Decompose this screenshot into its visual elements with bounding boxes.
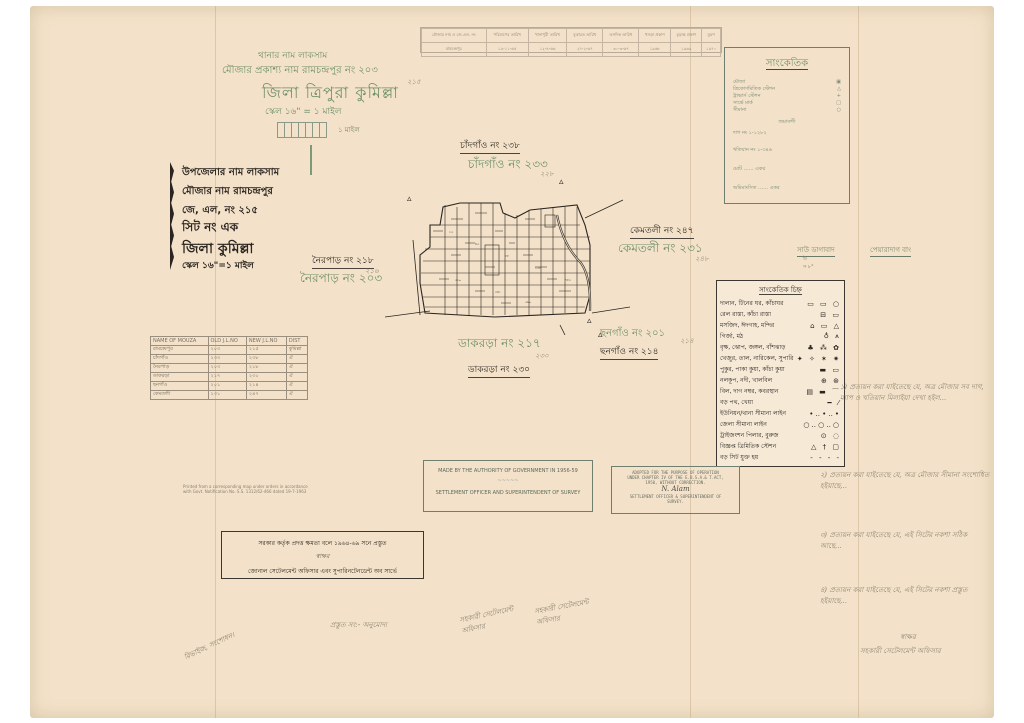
index-symbol-icon: □ [836, 100, 841, 107]
upazila-name: উপজেলার নাম লাকসাম [182, 165, 279, 182]
cadastral-map: ১২৪৫৮৮১২৩ ২১০৩৪১৫৬০৭৮২ [385, 185, 630, 335]
legend-row: বড় সিট যুক্ত হয়- - - - [720, 452, 841, 463]
adopted-box: ADOPTED FOR THE PURPOSE OF OPERATION UND… [611, 466, 740, 514]
pillar-symbol-icon: ⊙ ◌ [821, 432, 841, 440]
thana-name: থানার নাম লাকসাম [258, 48, 327, 63]
svg-text:৮৮: ৮৮ [505, 254, 509, 258]
table-cell: ২৭-২-৬৭ [567, 43, 603, 57]
district-title: জিলা ত্রিপুরা কুমিল্লা [262, 80, 399, 107]
preparation-box: সরকার কর্তৃক প্রদত্ত ক্ষমতা বলে ১৯৬৪-৬৯ … [221, 531, 424, 579]
legend-row: খেজুর, তাল, নারিকেল, সুপারি✦ ✧ ✶ ✷ [720, 353, 841, 364]
neighbor-north-old: চাঁদগাঁও নং ২৩৩ [468, 156, 548, 176]
neighbor-southeast-label: ছনগাঁও নং ২১৪ [600, 344, 658, 360]
sheet-number: সিট নং এক [182, 219, 238, 239]
legend-box: সাংকেতিক চিহ্ন দালান, টিনের ঘর, কাঁচাঘর▭… [716, 280, 845, 467]
table-header: NEW J.L.NO [246, 337, 286, 346]
table-cell: ১৯-১১-৬৫ [486, 43, 528, 57]
mouza-pencil-number: ২১৫ [407, 76, 421, 88]
index-row: দাগ নং ১-১২৮২ [733, 130, 841, 137]
handwritten-note: ১) প্রত্যয়ন করা যাইতেছে যে, অত্র মৌজার … [840, 382, 990, 404]
union-boundary-icon: •‥•‥• [809, 410, 841, 418]
info-scale: স্কেল ১৬"=১ মাইল [182, 258, 254, 273]
svg-text:১২: ১২ [449, 230, 453, 234]
index-row: অমিমাংসিত …… একর [733, 185, 841, 192]
pond-symbol-icon: ▬ ▭ [820, 366, 841, 374]
table-header: মুদ্রণ [702, 29, 721, 43]
table-row: ডাকরড়া২১৭২৩০ঐ [151, 373, 308, 382]
table-header: খানাপুরী তারিখ [528, 29, 567, 43]
table-cell: ১৯৬৮ [639, 43, 671, 57]
neighbor-south-pencil: ২৩০ [535, 350, 549, 362]
printing-note: Printed from a corresponding map under o… [183, 484, 313, 494]
district-boundary-icon: ○‥○‥○ [803, 421, 841, 429]
path-symbol-icon: ━ ⁄ [827, 399, 841, 407]
preparation-line: সরকার কর্তৃক প্রদত্ত ক্ষমতা বলে ১৯৬৪-৬৯ … [222, 538, 423, 549]
jl-number: জে, এল, নং ২১৫ [182, 203, 258, 220]
index-subheading: জমাবন্দী [733, 119, 841, 126]
trig-station-icon: ▵ [559, 177, 564, 187]
well-symbol-icon: ⊕ ⊛ [821, 377, 841, 385]
table-header: চূড়ান্ত প্রকাশ [671, 29, 702, 43]
index-symbol-icon: ○ [837, 107, 841, 114]
svg-text:২১০: ২১০ [455, 278, 461, 282]
neighbor-north-label: চাঁদগাঁও নং ২৩৮ [460, 138, 520, 154]
index-title: সাংকেতিক [766, 58, 808, 70]
table-cell: ১২-৪-৬৬ [528, 43, 567, 57]
index-row: খতিয়ান নং ১-৩৪৬ [733, 147, 841, 154]
table-header: NAME OF MOUZA [151, 337, 209, 346]
table-row: চাঁদগাঁও২৩৩২৩৮ঐ [151, 355, 308, 364]
index-symbol-icon: + [837, 93, 841, 100]
fold-line [858, 6, 859, 718]
table-cell: ১৯৭০ [702, 43, 721, 57]
table-row: নৈরপাড়২০৩২১৮ঐ [151, 364, 308, 373]
neighbor-south-label: ডাকরড়া নং ২৩০ [468, 362, 530, 378]
table-row: ছনগাঁও২০১২১৪ঐ [151, 382, 308, 391]
neighbor-east-old: কেমতলী নং ২৩১ [618, 240, 703, 260]
table-header: OLD J.L.NO [208, 337, 246, 346]
trig-station-icon: ▵ [598, 330, 603, 340]
neighbor-east-pencil: ২৪৮ [695, 253, 709, 265]
table-row: কেমতলী২৩১২৪৭ঐ [151, 391, 308, 400]
marsh-symbol-icon: ▤ ▬ ⌒ [806, 387, 841, 397]
mouza-jl-table: NAME OF MOUZA OLD J.L.NO NEW J.L.NO DIST… [150, 336, 308, 400]
building-symbol-icon: ▭ ▭ ○ [807, 300, 841, 308]
index-item: সার্ভে মার্ক [733, 100, 753, 107]
legend-row: দালান, টিনের ঘর, কাঁচাঘর▭ ▭ ○ [720, 298, 841, 309]
table-header: খসড়া প্রকাশ [639, 29, 671, 43]
table-header: DIST [286, 337, 307, 346]
legend-title: সাংকেতিক চিহ্ন [759, 286, 802, 295]
scale-bar-label: ১ মাইল [338, 124, 360, 136]
pencil-note: প্রস্তুত সং:- অনুমোদ্য [330, 620, 390, 631]
legend-row: নলকূপ, নদী, খালবিল⊕ ⊛ [720, 375, 841, 386]
note-signature: সহকারী সেটেলমেন্ট অফিসার [860, 646, 941, 657]
authority-line: SETTLEMENT OFFICER AND SUPERINTENDENT OF… [424, 490, 592, 496]
authority-line: MADE BY THE AUTHORITY OF GOVERNMENT IN 1… [424, 468, 592, 474]
palm-symbol-icon: ✦ ✧ ✶ ✷ [797, 355, 841, 363]
index-symbol-icon: △ [837, 86, 841, 93]
svg-text:৫৬০: ৫৬০ [525, 300, 531, 304]
index-item: সীমানা [733, 107, 746, 114]
svg-text:৪৫: ৪৫ [475, 242, 479, 246]
road-symbol-icon: ⊟ ▭ [820, 311, 841, 319]
preparation-signature: স্বাক্ষর [222, 551, 423, 562]
legend-row: পুকুর, পাকা কুয়া, কাঁচা কুয়া▬ ▭ [720, 364, 841, 375]
index-item: ত্রিকোণমিতিক স্টেশন [733, 86, 775, 93]
officer-signature: N. Alam [612, 485, 739, 494]
adjacent-sheet-left-sub: উ স ৮° [803, 256, 814, 272]
table-header: মৌজার নাম ও জে.এল. নং [422, 29, 487, 43]
adjacent-sheet-right: পেয়ারাদাগ বাং [870, 244, 911, 257]
legend-row: রেল রাস্তা, কাঁচা রাস্তা⊟ ▭ [720, 309, 841, 320]
legend-row: গির্জা, মঠ♁ ⩚ [720, 331, 841, 342]
neighbor-north-pencil: ২২৮ [540, 168, 554, 180]
table-cell: ১৯৬৯ [671, 43, 702, 57]
handwritten-note: ৩) প্রত্যয়ন করা যাইতেছে যে, এই সিটের নক… [820, 530, 990, 552]
legend-row: বিজ্ঞপ্ত ত্রিমিতিক স্টেশন△ † ▢ [720, 441, 841, 452]
svg-text:৩৪১: ৩৪১ [495, 290, 501, 294]
legend-row: ইউনিয়ন/থানা সীমানা লাইন•‥•‥• [720, 408, 841, 419]
north-arrow [310, 145, 312, 175]
trig-symbol-icon: △ † ▢ [811, 443, 841, 451]
index-item: মৌজা [733, 79, 745, 86]
table-header: বুঝারত তারিখ [567, 29, 603, 43]
signature-icon: ~~~~~ [424, 478, 592, 484]
note-signature: স্বাক্ষর [900, 632, 916, 643]
trig-station-icon: ▵ [587, 316, 592, 326]
authority-box: MADE BY THE AUTHORITY OF GOVERNMENT IN 1… [423, 460, 593, 512]
table-cell: রামচন্দ্রপুর [422, 43, 487, 57]
scale-line: স্কেল ১৬" = ১ মাইল [265, 104, 342, 119]
neighbor-southeast-pencil: ২১৪ [680, 335, 694, 347]
scale-bar [277, 122, 327, 138]
legend-row: বৃক্ষ, ঝোপ, জঙ্গল, বাঁশঝাড়♣ ⁂ ✿ [720, 342, 841, 353]
handwritten-note: ২) প্রত্যয়ন করা যাইতেছে যে, অত্র মৌজার … [820, 470, 990, 492]
adopted-line: SURVEY. [612, 499, 739, 504]
neighbor-south-old: ডাকরড়া নং ২১৭ [458, 335, 541, 355]
mouza-title: মৌজার প্রকাশ্য নাম রামচন্দ্রপুর নং ২০৩ [222, 63, 378, 80]
index-symbol-icon: ▣ [836, 79, 841, 86]
sheet-join-icon: - - - - [810, 454, 841, 462]
index-box: সাংকেতিক মৌজা▣ ত্রিকোণমিতিক স্টেশন△ ট্রা… [724, 47, 850, 204]
svg-text:৭৮২: ৭৮২ [565, 278, 571, 282]
survey-dates-table: মৌজার নাম ও জে.এল. নং পরিমাপের তারিখ খান… [420, 27, 722, 53]
tree-symbol-icon: ♣ ⁂ ✿ [807, 344, 841, 352]
legend-row: বড় পথ, খেয়া━ ⁄ [720, 397, 841, 408]
neighbor-west-old: নৈরপাড় নং ২০৩ [300, 270, 382, 290]
table-cell: ৩০-৩-৬৭ [603, 43, 639, 57]
table-row: রামচন্দ্রপুর২০৩২১৫কুমিল্লা [151, 346, 308, 355]
fold-line [690, 6, 691, 718]
index-row: মোট …… একর [733, 166, 841, 173]
mosque-symbol-icon: ⌂ ▭ △ [810, 322, 841, 330]
trig-station-icon: ▵ [407, 194, 412, 204]
preparation-line: জোনাল সেটেলমেন্ট অফিসার এবং সুপারিনটেনডে… [222, 566, 423, 577]
index-item: ট্রাভার্স স্টেশন [733, 93, 761, 100]
legend-row: মসজিদ, ঈদগাহ, মন্দির⌂ ▭ △ [720, 320, 841, 331]
church-symbol-icon: ♁ ⩚ [824, 332, 841, 341]
legend-row: ট্রাইজংশন পিলার, বুরুজ⊙ ◌ [720, 430, 841, 441]
svg-text:১২৩: ১২৩ [535, 266, 541, 270]
mouza-name: মৌজার নাম রামচন্দ্রপুর [182, 184, 273, 201]
legend-row: জেলা সীমানা লাইন○‥○‥○ [720, 419, 841, 430]
table-header: পরিমাপের তারিখ [486, 29, 528, 43]
neighbor-east-label: কেমতলী নং ২৪৭ [630, 223, 694, 239]
legend-row: বিল, দাগ নম্বর, কবরস্থান▤ ▬ ⌒ [720, 386, 841, 397]
handwritten-note: ৪) প্রত্যয়ন করা যাইতেছে যে, এই সিটের নক… [820, 585, 990, 607]
table-header: তসদিক তারিখ [603, 29, 639, 43]
